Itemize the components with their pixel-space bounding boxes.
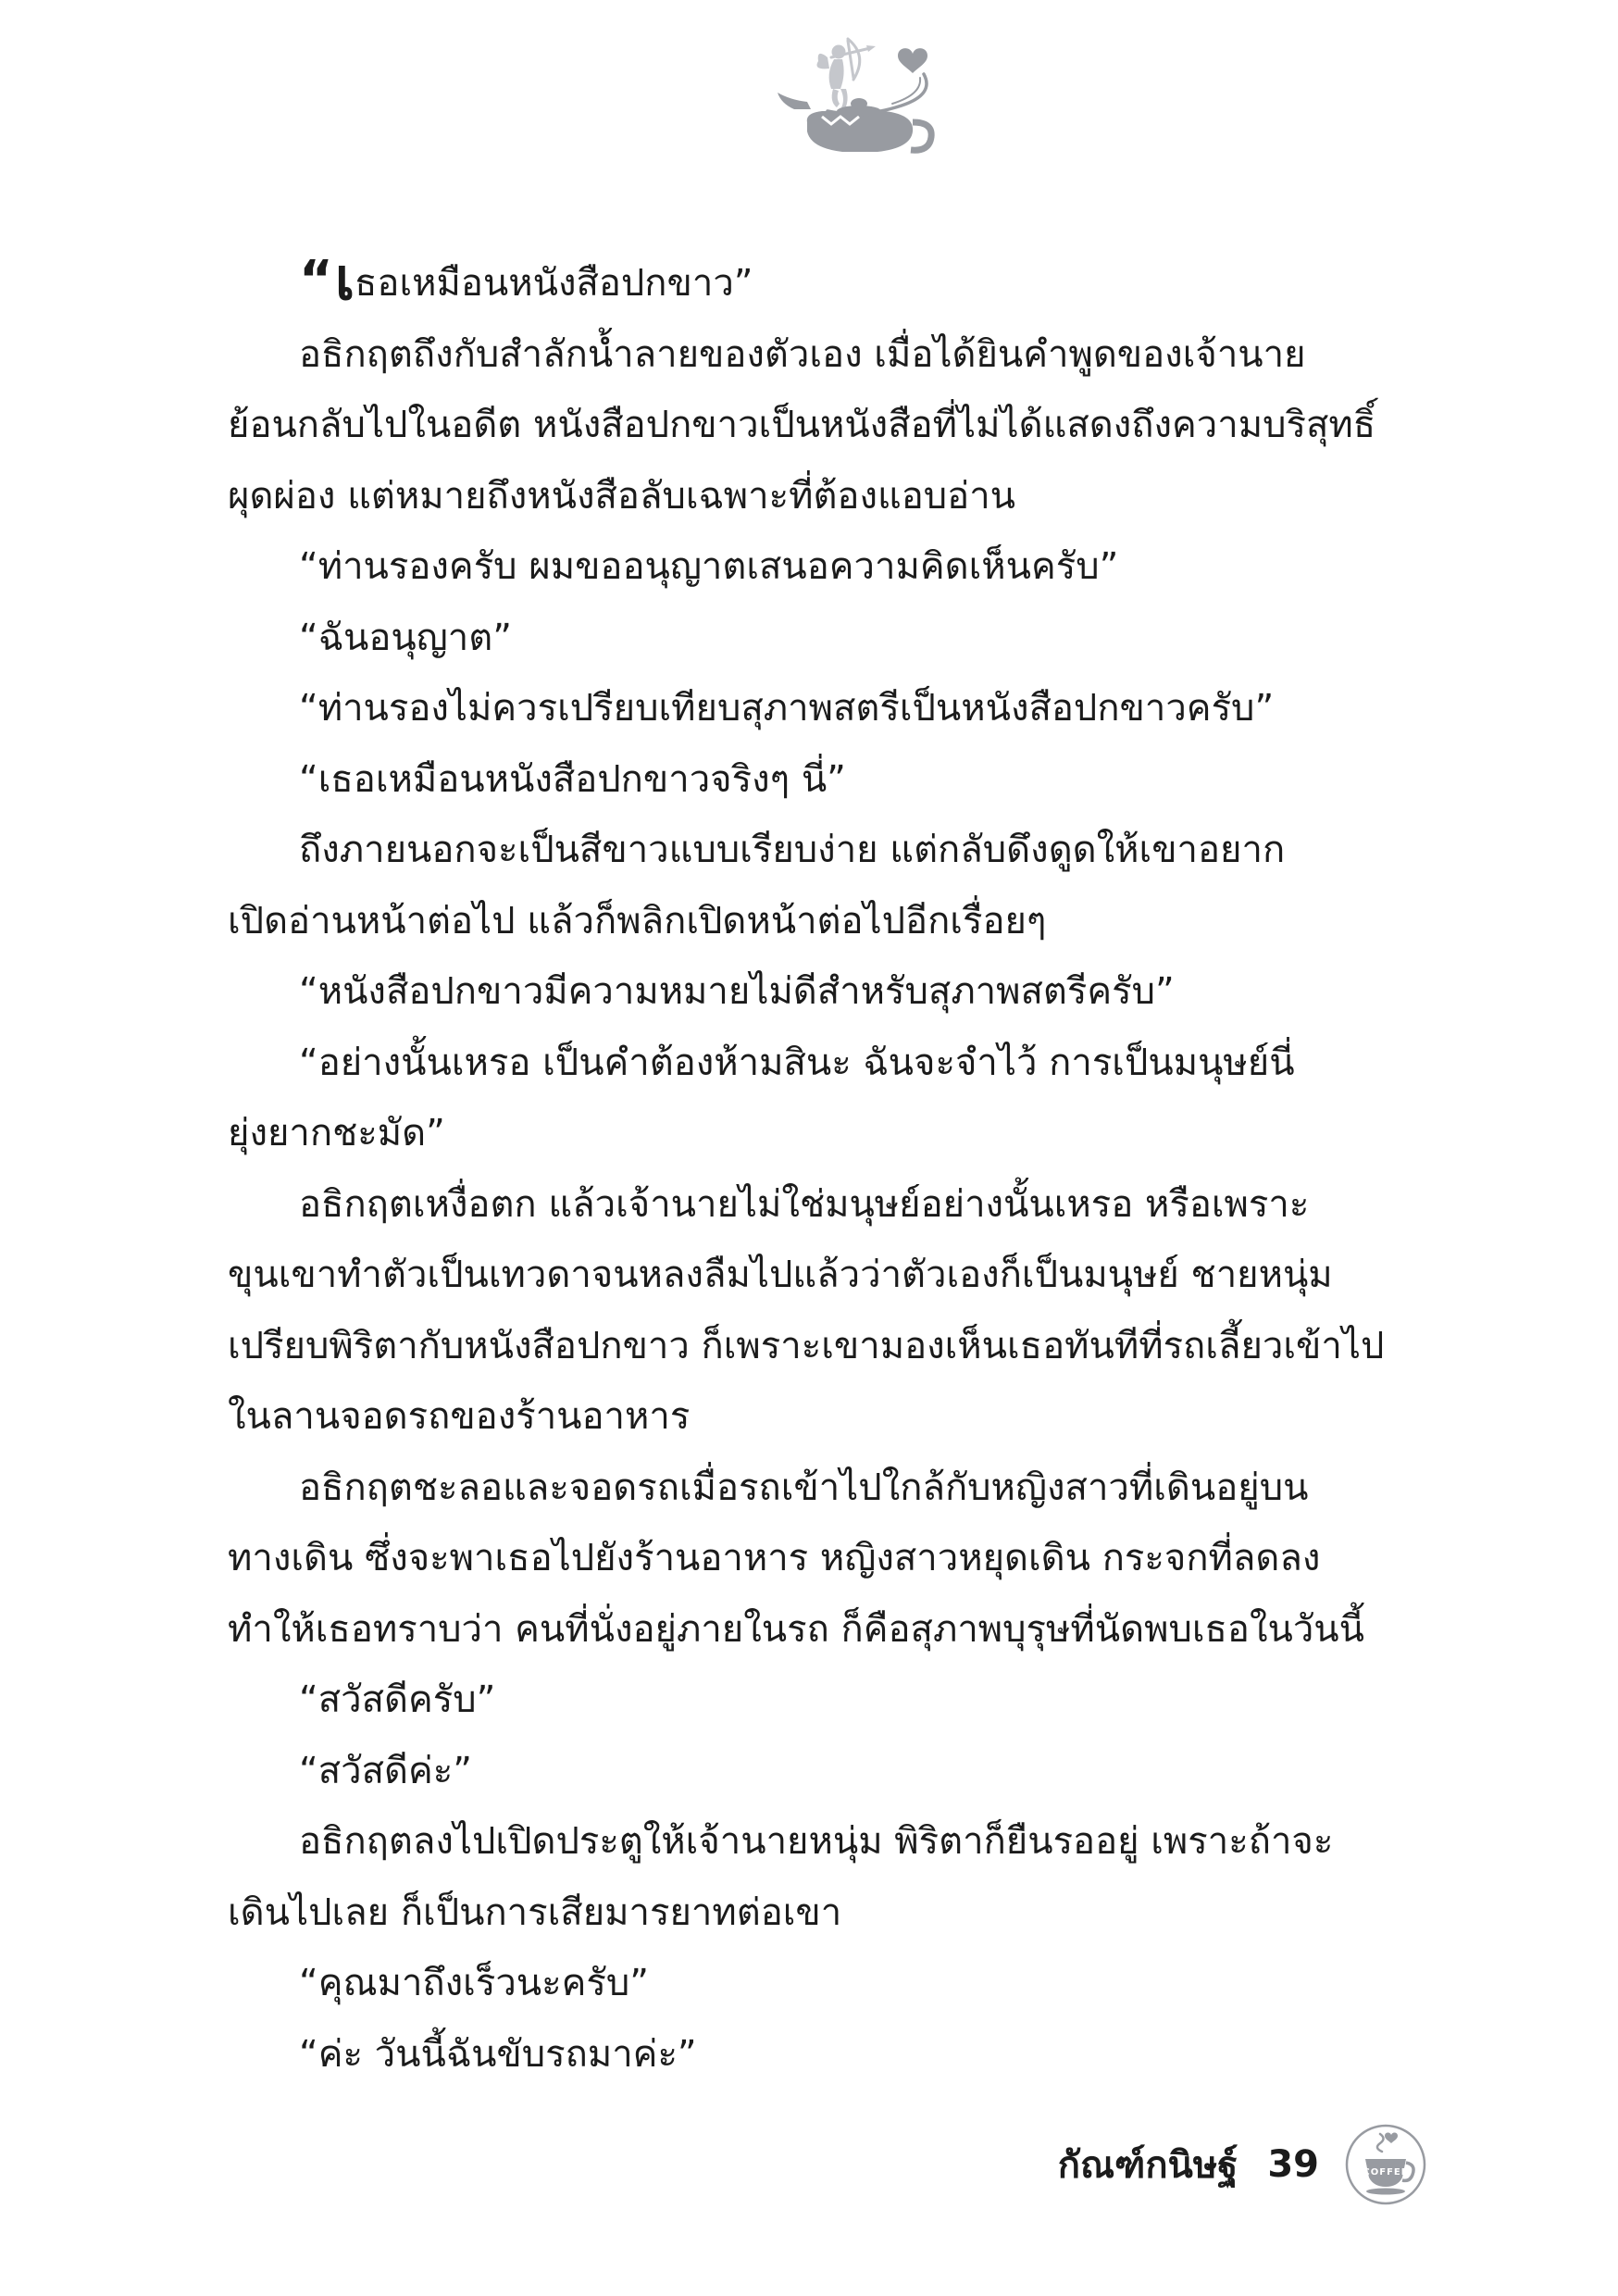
text-line: อธิกฤตลงไปเปิดประตูให้เจ้านายหนุ่ม พิริต… xyxy=(228,1806,1459,1878)
text-line: ทางเดิน ซึ่งจะพาเธอไปยังร้านอาหาร หญิงสา… xyxy=(228,1523,1459,1594)
text-line: ในลานจอดรถของร้านอาหาร xyxy=(228,1381,1459,1453)
coffee-stamp-icon: COFFEE xyxy=(1343,2122,1428,2207)
drop-quote: “ xyxy=(299,250,335,310)
cupid-teapot-ornament-icon xyxy=(766,33,952,156)
text-block: “เธอเหมือนหนังสือปกขาว” อธิกฤตถึงกับสำลั… xyxy=(228,248,1459,2090)
text-line: “ฉันอนุญาต” xyxy=(228,603,1459,674)
text-line: ย้อนกลับไปในอดีต หนังสือปกขาวเป็นหนังสือ… xyxy=(228,390,1459,461)
dropcap-letter: เ xyxy=(335,245,355,313)
text-line: “คุณมาถึงเร็วนะครับ” xyxy=(228,1948,1459,2019)
stamp-label: COFFEE xyxy=(1363,2167,1408,2177)
opening-line: “เธอเหมือนหนังสือปกขาว” xyxy=(228,248,1459,319)
page-footer: กัณฑ์กนิษฐ์ 39 COFFEE xyxy=(1058,2120,1428,2209)
text-line: ผุดผ่อง แต่หมายถึงหนังสือลับเฉพาะที่ต้อง… xyxy=(228,461,1459,532)
text-line: ทำให้เธอทราบว่า คนที่นั่งอยู่ภายในรถ ก็ค… xyxy=(228,1594,1459,1666)
text-line: “เธอเหมือนหนังสือปกขาวจริงๆ นี่” xyxy=(228,744,1459,816)
text-line: อธิกฤตชะลอและจอดรถเมื่อรถเข้าไปใกล้กับหญ… xyxy=(228,1453,1459,1524)
page-number: 39 xyxy=(1267,2143,1319,2186)
text-line: “ท่านรองครับ ผมขออนุญาตเสนอความคิดเห็นคร… xyxy=(228,531,1459,603)
text-line: อธิกฤตเหงื่อตก แล้วเจ้านายไม่ใช่มนุษย์อย… xyxy=(228,1169,1459,1241)
text-line: “หนังสือปกขาวมีความหมายไม่ดีสำหรับสุภาพส… xyxy=(228,956,1459,1028)
text-line: อธิกฤตถึงกับสำลักน้ำลายของตัวเอง เมื่อได… xyxy=(228,319,1459,391)
text-line: ขุนเขาทำตัวเป็นเทวดาจนหลงลืมไปแล้วว่าตัว… xyxy=(228,1240,1459,1311)
book-page: “เธอเหมือนหนังสือปกขาว” อธิกฤตถึงกับสำลั… xyxy=(0,0,1618,2296)
text-line: เปิดอ่านหน้าต่อไป แล้วก็พลิกเปิดหน้าต่อไ… xyxy=(228,886,1459,957)
text-line: “สวัสดีครับ” xyxy=(228,1665,1459,1736)
book-title: กัณฑ์กนิษฐ์ xyxy=(1058,2135,1238,2194)
text-line: เดินไปเลย ก็เป็นการเสียมารยาทต่อเขา xyxy=(228,1878,1459,1949)
text-line: “ค่ะ วันนี้ฉันขับรถมาค่ะ” xyxy=(228,2019,1459,2090)
body-lines: อธิกฤตถึงกับสำลักน้ำลายของตัวเอง เมื่อได… xyxy=(228,319,1459,2090)
text-line: เปรียบพิริตากับหนังสือปกขาว ก็เพราะเขามอ… xyxy=(228,1311,1459,1382)
opening-line-rest: ธอเหมือนหนังสือปกขาว” xyxy=(355,262,753,305)
text-line: ยุ่งยากชะมัด” xyxy=(228,1098,1459,1169)
text-line: “สวัสดีค่ะ” xyxy=(228,1736,1459,1807)
text-line: ถึงภายนอกจะเป็นสีขาวแบบเรียบง่าย แต่กลับ… xyxy=(228,815,1459,886)
text-line: “อย่างนั้นเหรอ เป็นคำต้องห้ามสินะ ฉันจะจ… xyxy=(228,1028,1459,1099)
text-line: “ท่านรองไม่ควรเปรียบเทียบสุภาพสตรีเป็นหน… xyxy=(228,673,1459,744)
heart-shape xyxy=(898,48,927,73)
